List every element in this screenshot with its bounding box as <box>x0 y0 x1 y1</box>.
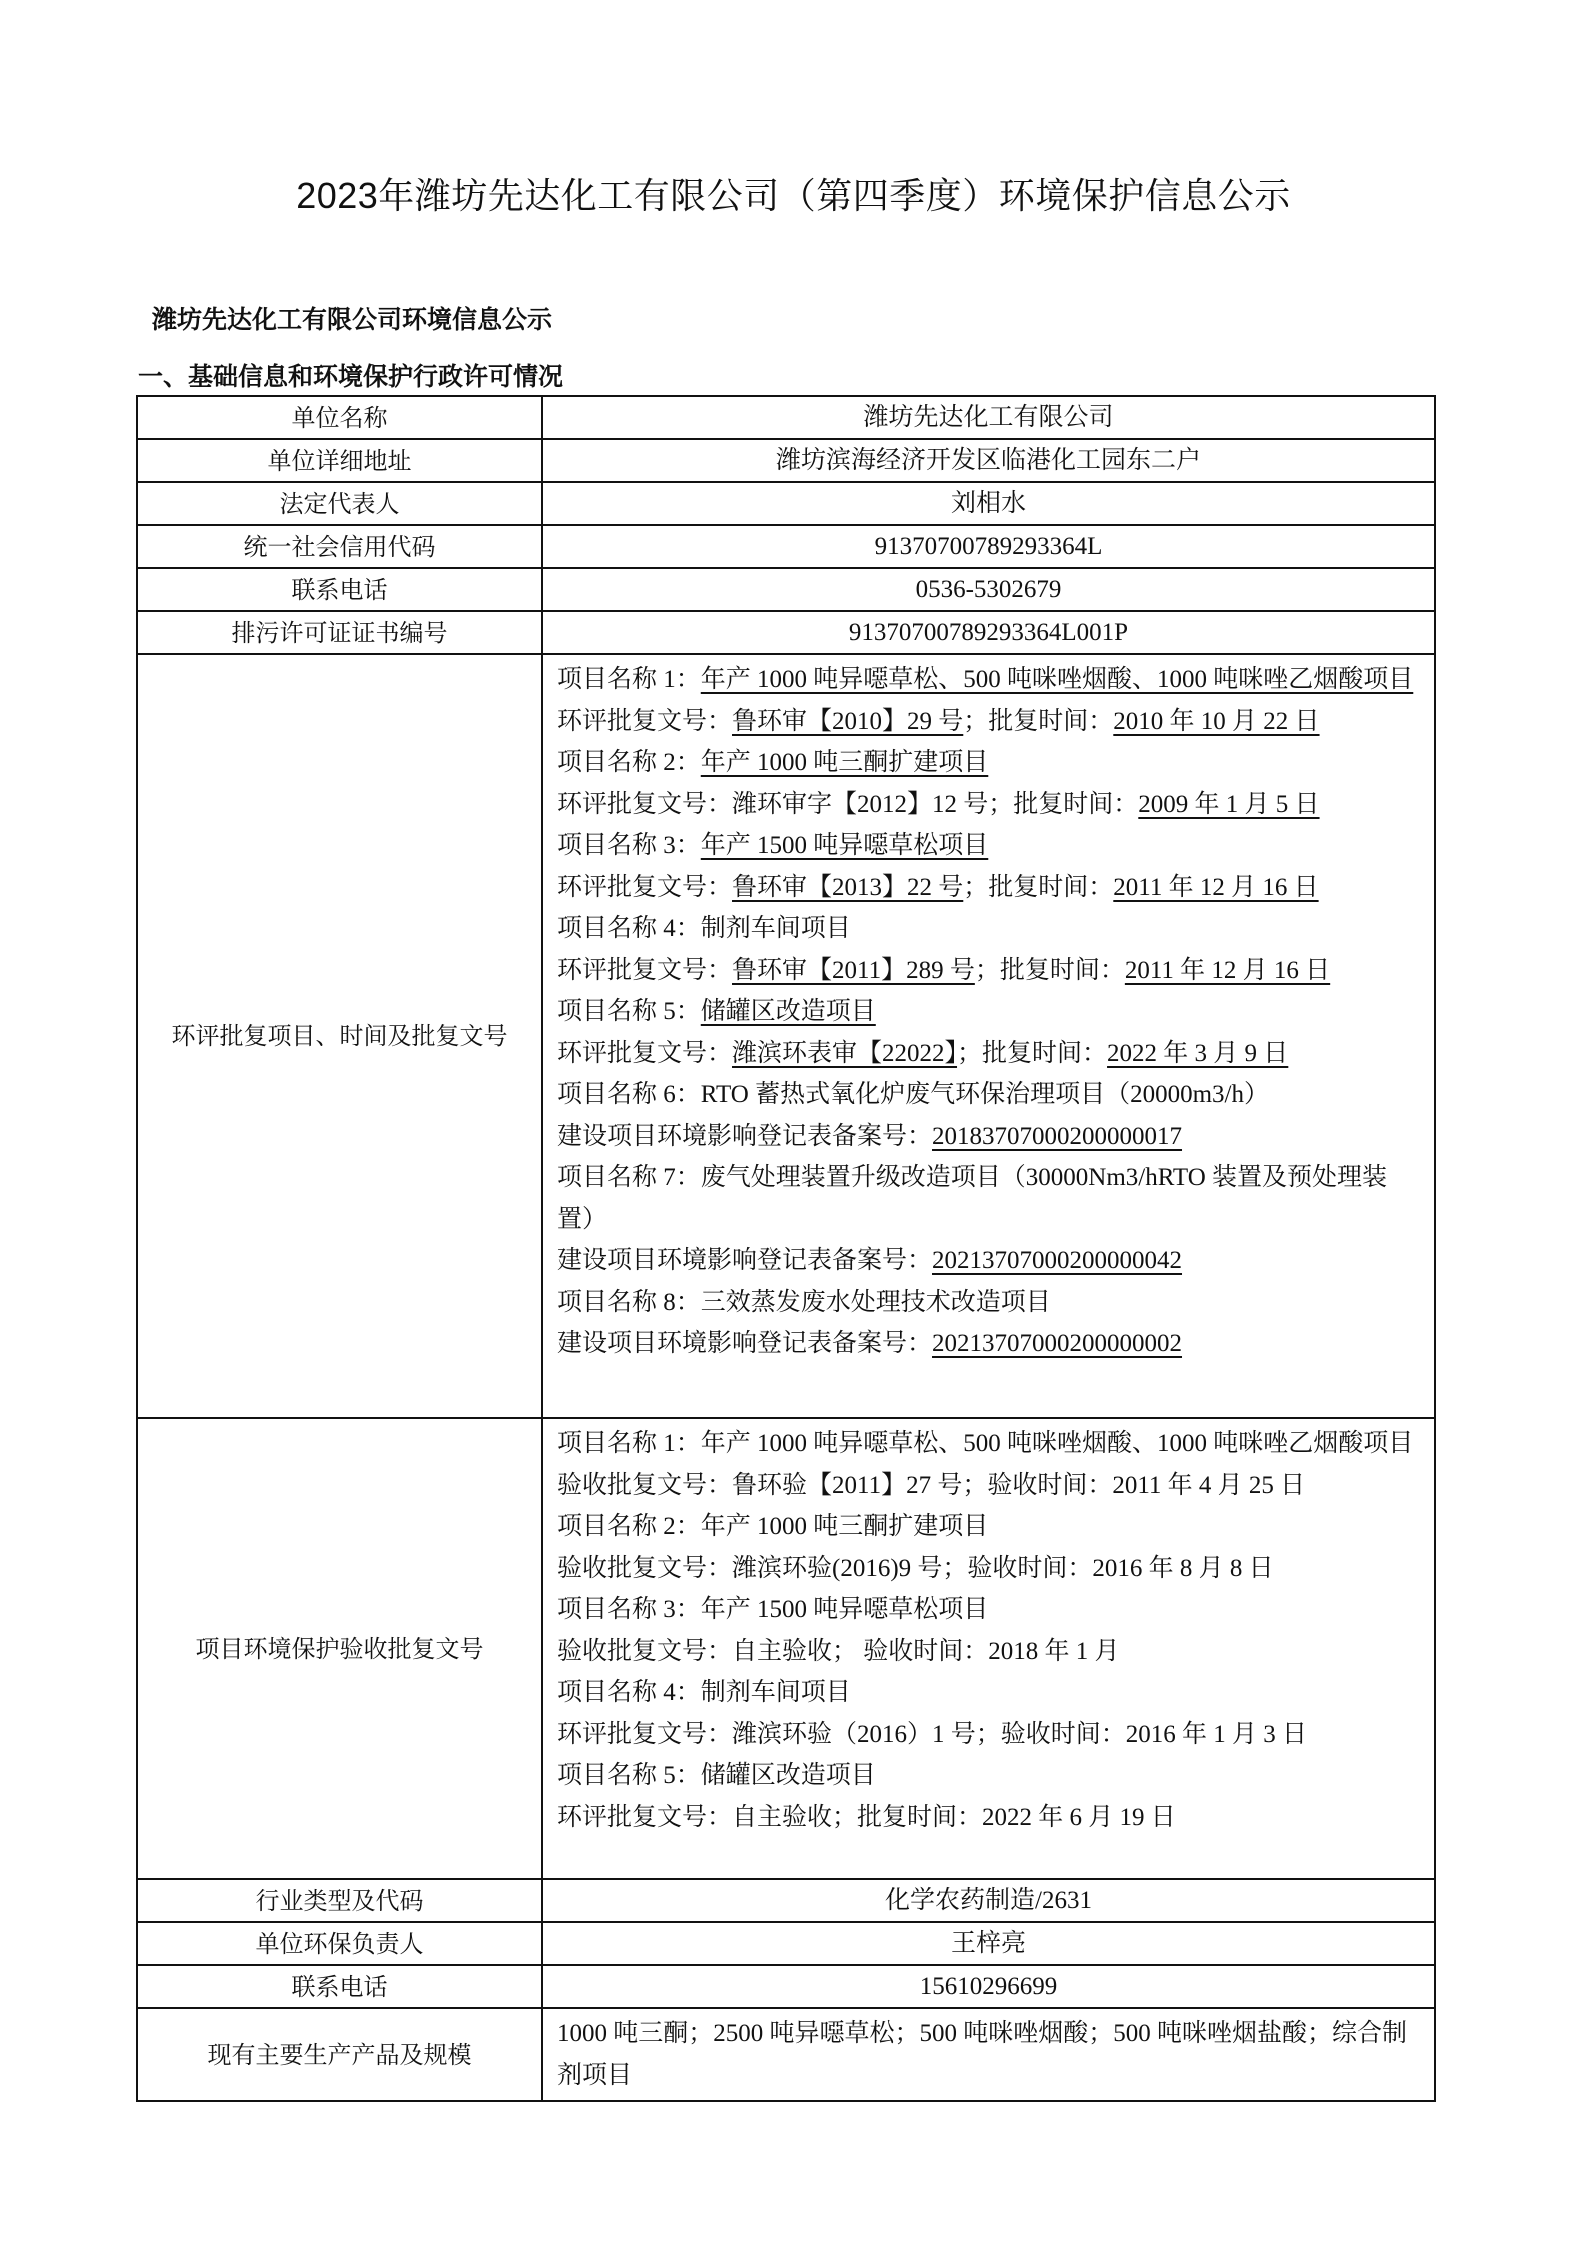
text: ；批复时间： <box>963 874 1113 901</box>
acceptance-approvals-list: 项目名称 1：年产 1000 吨异噁草松、500 吨咪唑烟酸、1000 吨咪唑乙… <box>542 1418 1435 1879</box>
row-label: 统一社会信用代码 <box>137 525 542 568</box>
text: 项目名称 2： <box>557 749 701 776</box>
text: 潍环审字【2012】12 号 <box>732 791 988 818</box>
table-row: 联系电话 15610296699 <box>137 1965 1435 2008</box>
row-label: 单位环保负责人 <box>137 1922 542 1965</box>
text: 项目名称 8： <box>557 1289 701 1316</box>
table-row: 单位详细地址 潍坊滨海经济开发区临港化工园东二户 <box>137 439 1435 482</box>
text: 项目名称 5： <box>557 998 701 1025</box>
underlined-text: 年产 1000 吨异噁草松、500 吨咪唑烟酸、1000 吨咪唑乙烟酸项目 <box>701 666 1414 693</box>
row-label: 联系电话 <box>137 1965 542 2008</box>
text: ；批复时间： <box>988 791 1138 818</box>
underlined-text: 鲁环审【2011】289 号 <box>732 957 975 984</box>
underlined-text: 年产 1500 吨异噁草松项目 <box>701 832 989 859</box>
text: 三效蒸发废水处理技术改造项目 <box>701 1289 1051 1316</box>
row-value: 刘相水 <box>542 482 1435 525</box>
document-title: 2023年潍坊先达化工有限公司（第四季度）环境保护信息公示 <box>0 168 1587 219</box>
text: 项目名称 7： <box>557 1164 701 1191</box>
row-label: 环评批复项目、时间及批复文号 <box>137 654 542 1418</box>
eia-line: 项目名称 6：RTO 蓄热式氧化炉废气环保治理项目（20000m3/h） <box>557 1074 1424 1116</box>
table-row: 行业类型及代码 化学农药制造/2631 <box>137 1879 1435 1922</box>
eia-line: 项目名称 2：年产 1000 吨三酮扩建项目 <box>557 742 1424 784</box>
row-value: 潍坊先达化工有限公司 <box>542 396 1435 439</box>
text: 项目名称 6： <box>557 1081 701 1108</box>
row-label: 项目环境保护验收批复文号 <box>137 1418 542 1879</box>
row-value: 91370700789293364L001P <box>542 611 1435 654</box>
row-label: 联系电话 <box>137 568 542 611</box>
text: 建设项目环境影响登记表备案号： <box>557 1247 932 1274</box>
eia-line: 项目名称 7：废气处理装置升级改造项目（30000Nm3/hRTO 装置及预处理… <box>557 1157 1424 1240</box>
eia-line: 项目名称 3：年产 1500 吨异噁草松项目 <box>557 825 1424 867</box>
acceptance-line: 环评批复文号：潍滨环验（2016）1 号；验收时间：2016 年 1 月 3 日 <box>557 1714 1424 1756</box>
eia-line: 项目名称 5：储罐区改造项目 <box>557 991 1424 1033</box>
underlined-text: 年产 1000 吨三酮扩建项目 <box>701 749 989 776</box>
row-value: 0536-5302679 <box>542 568 1435 611</box>
text: 环评批复文号： <box>557 1040 732 1067</box>
acceptance-line: 环评批复文号：自主验收；批复时间：2022 年 6 月 19 日 <box>557 1797 1424 1839</box>
text: ；批复时间： <box>957 1040 1107 1067</box>
text: ；批复时间： <box>975 957 1125 984</box>
underlined-text: 20213707000200000042 <box>932 1247 1182 1274</box>
text: ；批复时间： <box>963 708 1113 735</box>
underlined-text: 潍滨环表审【22022】 <box>732 1040 957 1067</box>
underlined-text: 2011 年 12 月 16 日 <box>1113 874 1318 901</box>
row-value: 1000 吨三酮；2500 吨异噁草松；500 吨咪唑烟酸；500 吨咪唑烟盐酸… <box>542 2008 1435 2101</box>
underlined-text: 鲁环审【2010】29 号 <box>732 708 963 735</box>
eia-line: 建设项目环境影响登记表备案号：20183707000200000017 <box>557 1116 1424 1158</box>
row-value: 王梓亮 <box>542 1922 1435 1965</box>
acceptance-line: 项目名称 3：年产 1500 吨异噁草松项目 <box>557 1589 1424 1631</box>
underlined-text: 储罐区改造项目 <box>701 998 876 1025</box>
text: 建设项目环境影响登记表备案号： <box>557 1330 932 1357</box>
table-row: 单位名称 潍坊先达化工有限公司 <box>137 396 1435 439</box>
row-value: 潍坊滨海经济开发区临港化工园东二户 <box>542 439 1435 482</box>
underlined-text: 2011 年 12 月 16 日 <box>1125 957 1330 984</box>
text: 环评批复文号： <box>557 791 732 818</box>
acceptance-line: 项目名称 2：年产 1000 吨三酮扩建项目 <box>557 1506 1424 1548</box>
row-label: 法定代表人 <box>137 482 542 525</box>
text: 建设项目环境影响登记表备案号： <box>557 1123 932 1150</box>
table-row: 排污许可证证书编号 91370700789293364L001P <box>137 611 1435 654</box>
acceptance-line: 项目名称 1：年产 1000 吨异噁草松、500 吨咪唑烟酸、1000 吨咪唑乙… <box>557 1423 1424 1465</box>
underlined-text: 2009 年 1 月 5 日 <box>1138 791 1319 818</box>
eia-line: 环评批复文号：鲁环审【2010】29 号；批复时间：2010 年 10 月 22… <box>557 701 1424 743</box>
acceptance-line: 验收批复文号：自主验收； 验收时间：2018 年 1 月 <box>557 1631 1424 1673</box>
eia-line: 项目名称 4：制剂车间项目 <box>557 908 1424 950</box>
text: 项目名称 1： <box>557 666 701 693</box>
acceptance-line: 项目名称 5：储罐区改造项目 <box>557 1755 1424 1797</box>
row-value: 15610296699 <box>542 1965 1435 2008</box>
text: 项目名称 3： <box>557 832 701 859</box>
text: RTO 蓄热式氧化炉废气环保治理项目（20000m3/h） <box>701 1081 1269 1108</box>
underlined-text: 2010 年 10 月 22 日 <box>1113 708 1319 735</box>
underlined-text: 鲁环审【2013】22 号 <box>732 874 963 901</box>
section-heading: 一、基础信息和环境保护行政许可情况 <box>138 357 563 393</box>
text: 制剂车间项目 <box>701 915 851 942</box>
row-value: 91370700789293364L <box>542 525 1435 568</box>
underlined-text: 20213707000200000002 <box>932 1330 1182 1357</box>
acceptance-line: 验收批复文号：潍滨环验(2016)9 号；验收时间：2016 年 8 月 8 日 <box>557 1548 1424 1590</box>
acceptance-line: 项目名称 4：制剂车间项目 <box>557 1672 1424 1714</box>
row-label: 单位详细地址 <box>137 439 542 482</box>
eia-line: 项目名称 8：三效蒸发废水处理技术改造项目 <box>557 1282 1424 1324</box>
table-row: 现有主要生产产品及规模 1000 吨三酮；2500 吨异噁草松；500 吨咪唑烟… <box>137 2008 1435 2101</box>
basic-info-table: 单位名称 潍坊先达化工有限公司 单位详细地址 潍坊滨海经济开发区临港化工园东二户… <box>136 395 1436 2102</box>
table-row: 联系电话 0536-5302679 <box>137 568 1435 611</box>
text: 环评批复文号： <box>557 957 732 984</box>
table-row-eia: 环评批复项目、时间及批复文号 项目名称 1：年产 1000 吨异噁草松、500 … <box>137 654 1435 1418</box>
table-row: 统一社会信用代码 91370700789293364L <box>137 525 1435 568</box>
row-label: 单位名称 <box>137 396 542 439</box>
eia-line: 项目名称 1：年产 1000 吨异噁草松、500 吨咪唑烟酸、1000 吨咪唑乙… <box>557 659 1424 701</box>
eia-line: 建设项目环境影响登记表备案号：20213707000200000002 <box>557 1323 1424 1365</box>
text: 环评批复文号： <box>557 708 732 735</box>
row-label: 现有主要生产产品及规模 <box>137 2008 542 2101</box>
eia-line: 环评批复文号：潍滨环表审【22022】；批复时间：2022 年 3 月 9 日 <box>557 1033 1424 1075</box>
eia-line: 环评批复文号：鲁环审【2011】289 号；批复时间：2011 年 12 月 1… <box>557 950 1424 992</box>
text: 项目名称 4： <box>557 915 701 942</box>
table-row: 法定代表人 刘相水 <box>137 482 1435 525</box>
row-value: 化学农药制造/2631 <box>542 1879 1435 1922</box>
underlined-text: 20183707000200000017 <box>932 1123 1182 1150</box>
document-subtitle: 潍坊先达化工有限公司环境信息公示 <box>152 300 552 336</box>
eia-line: 建设项目环境影响登记表备案号：20213707000200000042 <box>557 1240 1424 1282</box>
eia-approvals-list: 项目名称 1：年产 1000 吨异噁草松、500 吨咪唑烟酸、1000 吨咪唑乙… <box>542 654 1435 1418</box>
row-label: 排污许可证证书编号 <box>137 611 542 654</box>
table-row-acceptance: 项目环境保护验收批复文号 项目名称 1：年产 1000 吨异噁草松、500 吨咪… <box>137 1418 1435 1879</box>
eia-line: 环评批复文号：潍环审字【2012】12 号；批复时间：2009 年 1 月 5 … <box>557 784 1424 826</box>
eia-line: 环评批复文号：鲁环审【2013】22 号；批复时间：2011 年 12 月 16… <box>557 867 1424 909</box>
table-row: 单位环保负责人 王梓亮 <box>137 1922 1435 1965</box>
underlined-text: 2022 年 3 月 9 日 <box>1107 1040 1288 1067</box>
text: 环评批复文号： <box>557 874 732 901</box>
row-label: 行业类型及代码 <box>137 1879 542 1922</box>
acceptance-line: 验收批复文号：鲁环验【2011】27 号；验收时间：2011 年 4 月 25 … <box>557 1465 1424 1507</box>
